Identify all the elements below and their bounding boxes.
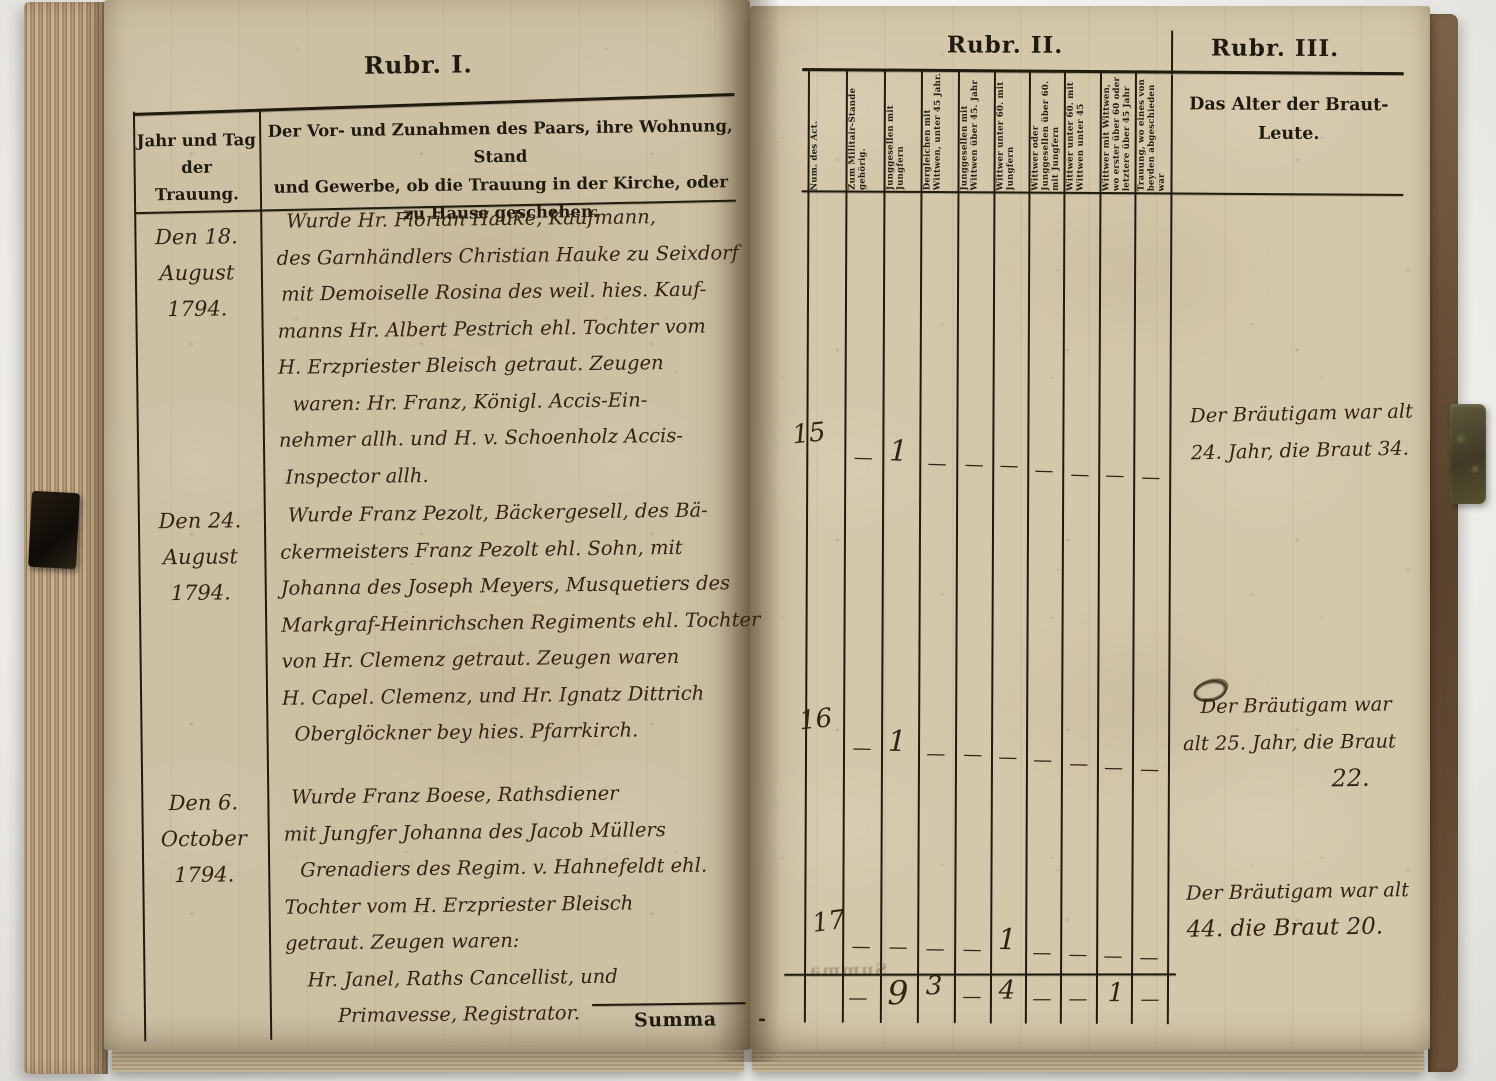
cell: — bbox=[1105, 464, 1125, 487]
table-row: — 1 — — — — — — — bbox=[747, 723, 1188, 773]
column-line bbox=[954, 71, 960, 1023]
cell: — bbox=[962, 938, 981, 960]
age-note: Der Bräutigam war alt 25. Jahr, die Brau… bbox=[1182, 685, 1396, 799]
register-entry: Wurde Franz Pezolt, Bäckergesell, des Bä… bbox=[280, 492, 755, 753]
rubric2-title: Rubr. II. bbox=[900, 31, 1110, 59]
rubric3-column-header: Das Alter der Braut- Leute. bbox=[1186, 90, 1392, 149]
column-header-vertical: Wittwer oder Junggesellen über 60. mit J… bbox=[1030, 73, 1062, 191]
cell: — bbox=[926, 743, 945, 765]
entry-line: Oberglöckner bey hies. Pfarrkirch. bbox=[294, 711, 754, 753]
column-line bbox=[917, 71, 923, 1023]
entry-line: Wurde Hr. Florian Hauke, Kaufmann, bbox=[286, 198, 748, 240]
entry-line: Markgraf-Heinrichschen Regiments ehl. To… bbox=[281, 602, 753, 644]
entry-date: Den 6. October 1794. bbox=[133, 784, 274, 894]
cell: — bbox=[999, 454, 1019, 477]
entry-line: H. Capel. Clemenz, und Hr. Ignatz Dittri… bbox=[282, 675, 754, 717]
age-note: Der Bräutigam war alt 24. Jahr, die Brau… bbox=[1190, 393, 1414, 472]
summa-cell: — bbox=[1032, 988, 1051, 1010]
column-header-vertical: Wittwer mit Wittwen, wo erster über 60 o… bbox=[1101, 73, 1133, 191]
column-line bbox=[804, 71, 810, 1023]
entry-line: getraut. Zeugen waren: bbox=[285, 920, 757, 962]
summa-row: — 9 3 — 4 — — 1 — bbox=[746, 971, 1186, 1013]
cell: — bbox=[1104, 756, 1123, 778]
cell: — bbox=[1139, 947, 1158, 969]
summa-cell: 9 bbox=[887, 973, 908, 1012]
title-rule bbox=[133, 93, 735, 116]
column-header-vertical: Num. des Act. bbox=[809, 87, 843, 191]
column-line bbox=[842, 71, 848, 1023]
summa-cell: — bbox=[1068, 988, 1087, 1010]
cell: — bbox=[998, 746, 1017, 768]
rubric3-title: Rubr. III. bbox=[1180, 34, 1370, 62]
cell: — bbox=[853, 446, 873, 469]
entry-line: nehmer allh. und H. v. Schoenholz Accis- bbox=[279, 417, 751, 459]
entry-line: manns Hr. Albert Pestrich ehl. Tochter v… bbox=[277, 308, 749, 350]
left-clasp-remnant bbox=[28, 491, 80, 569]
entry-date: Den 24. August 1794. bbox=[130, 502, 271, 612]
summa-label: Summa bbox=[634, 1008, 717, 1031]
entry-line: Inspector allh. bbox=[285, 454, 751, 496]
cell: — bbox=[1141, 466, 1161, 489]
cell: 1 bbox=[888, 724, 907, 758]
entry-date-line: 1794. bbox=[134, 856, 274, 894]
age-note-line: 22. bbox=[1331, 759, 1396, 797]
header-line: Der Vor- und Zunahmen des Paars, ihre Wo… bbox=[267, 112, 734, 174]
cell: 1 bbox=[889, 433, 908, 467]
cell: — bbox=[1034, 459, 1054, 482]
column-header-vertical: Junggesellen mit Wittwen über 45. Jahr bbox=[959, 72, 992, 190]
entry-line: mit Demoiselle Rosina des weil. hies. Ka… bbox=[281, 271, 749, 313]
summa-cell: — bbox=[962, 985, 981, 1007]
entry-line: waren: Hr. Franz, Königl. Accis-Ein- bbox=[292, 381, 750, 423]
header-bottom-rule bbox=[801, 190, 1403, 196]
age-note-line: Der Bräutigam war alt bbox=[1190, 393, 1414, 435]
entry-line: ckermeisters Franz Pezolt ehl. Sohn, mit bbox=[280, 529, 752, 571]
entry-date-line: Den 24. August bbox=[130, 502, 271, 576]
column-line bbox=[1025, 72, 1031, 1024]
cell: — bbox=[1033, 749, 1052, 771]
column-line bbox=[1131, 72, 1137, 1024]
header-line: Trauung. bbox=[130, 180, 264, 209]
entry-date-line: 1794. bbox=[127, 290, 267, 328]
entry-line: des Garnhändlers Christian Hauke zu Seix… bbox=[277, 235, 749, 277]
cell: 1 bbox=[998, 922, 1017, 956]
header-line: und Gewerbe, ob die Trauung in der Kirch… bbox=[268, 168, 734, 202]
summa-cell: — bbox=[848, 987, 867, 1009]
header-line: Das Alter der Braut- bbox=[1186, 90, 1392, 120]
cell: — bbox=[852, 737, 871, 759]
age-note-line: 24. Jahr, die Braut 34. bbox=[1190, 429, 1414, 471]
column-line bbox=[990, 72, 996, 1024]
entry-line: Tochter vom H. Erzpriester Bleisch bbox=[284, 884, 756, 926]
entry-date-line: Den 18. August bbox=[126, 218, 267, 292]
column-header-vertical: Trauung, wo eines von beyden abgeschiede… bbox=[1136, 73, 1169, 191]
cell: — bbox=[927, 452, 947, 475]
rubric-divider-top bbox=[1171, 30, 1173, 74]
header-line: Jahr und Tag bbox=[129, 126, 263, 155]
cell: — bbox=[1140, 758, 1159, 780]
entry-date: Den 18. August 1794. bbox=[126, 218, 267, 328]
age-note-line: alt 25. Jahr, die Braut bbox=[1183, 722, 1396, 762]
cell: — bbox=[1069, 753, 1088, 775]
book-scan: Rubr. I. Jahr und Tag der Trauung. Der V… bbox=[0, 0, 1496, 1081]
table-row: — 1 — — — — — — — bbox=[748, 432, 1189, 484]
rubric1-title: Rubr. I. bbox=[248, 48, 588, 81]
right-page-content: Rubr. II. Rubr. III. Das Alter der Braut… bbox=[746, 5, 1435, 1052]
summa-cell: — bbox=[1140, 988, 1159, 1010]
table-row: — — — — 1 — — — — bbox=[746, 919, 1187, 967]
entry-line: H. Erzpriester Bleisch getraut. Zeugen bbox=[278, 344, 750, 386]
cell: — bbox=[925, 938, 944, 960]
summa-cell: 4 bbox=[999, 976, 1016, 1006]
cell: — bbox=[1032, 942, 1051, 964]
column-line bbox=[1096, 72, 1102, 1024]
column-header-date: Jahr und Tag der Trauung. bbox=[129, 126, 264, 209]
column-header-vertical: Wittwer unter 60. mit Wittwen unter 45 bbox=[1065, 73, 1098, 191]
entry-line: Grenadiers des Regim. v. Hahnefeldt ehl. bbox=[300, 847, 756, 889]
cell: — bbox=[888, 936, 907, 958]
entry-line: von Hr. Clemenz getraut. Zeugen waren bbox=[281, 638, 753, 680]
entry-date-line: 1794. bbox=[131, 574, 271, 612]
register-entry: Wurde Franz Boese, Rathsdiener mit Jungf… bbox=[283, 774, 758, 1035]
summa-cell: 1 bbox=[1108, 978, 1125, 1008]
rubric2-3-divider bbox=[1167, 74, 1173, 1024]
cell: — bbox=[1103, 945, 1122, 967]
summa-cell: 3 bbox=[926, 971, 943, 1001]
cell: — bbox=[1070, 463, 1090, 486]
left-page-content: Rubr. I. Jahr und Tag der Trauung. Der V… bbox=[98, 0, 757, 1054]
register-entry: Wurde Hr. Florian Hauke, Kaufmann, des G… bbox=[276, 198, 752, 496]
right-clasp-remnant bbox=[1450, 404, 1486, 504]
age-note-line: Der Bräutigam war alt bbox=[1186, 871, 1410, 912]
cell: — bbox=[851, 935, 870, 957]
entry-line: Wurde Franz Boese, Rathsdiener bbox=[291, 774, 755, 816]
age-note-line: 44. die Braut 20. bbox=[1186, 908, 1410, 949]
column-header-vertical: Dergleichen mit Wittwen, unter 45 Jahr. bbox=[922, 72, 956, 190]
age-note: Der Bräutigam war alt 44. die Braut 20. bbox=[1186, 871, 1410, 949]
header-line: der bbox=[129, 153, 263, 182]
cell: — bbox=[1068, 943, 1087, 965]
entry-line: Hr. Janel, Raths Cancellist, und bbox=[307, 956, 757, 998]
age-note-line: Der Bräutigam war bbox=[1200, 685, 1395, 725]
entry-line: Johanna des Joseph Meyers, Musquetiers d… bbox=[281, 565, 753, 607]
column-line bbox=[1060, 72, 1066, 1024]
entry-line: mit Jungfer Johanna des Jacob Müllers bbox=[284, 811, 756, 853]
column-header-vertical: Wittwer unter 60. mit Jungfern bbox=[995, 73, 1027, 191]
column-line bbox=[880, 71, 886, 1023]
right-page-bottom-edge bbox=[752, 1048, 1424, 1072]
cell: — bbox=[963, 743, 982, 765]
entry-date-line: Den 6. October bbox=[133, 784, 274, 858]
column-header-vertical: Junggesellen mit Jungfern bbox=[885, 72, 919, 190]
cell: — bbox=[964, 453, 984, 476]
column-header-vertical: Zum Militair-Stande gehörig. bbox=[847, 72, 882, 190]
header-line: Leute. bbox=[1186, 119, 1392, 149]
entry-line: Wurde Franz Pezolt, Bäckergesell, des Bä… bbox=[288, 492, 752, 534]
